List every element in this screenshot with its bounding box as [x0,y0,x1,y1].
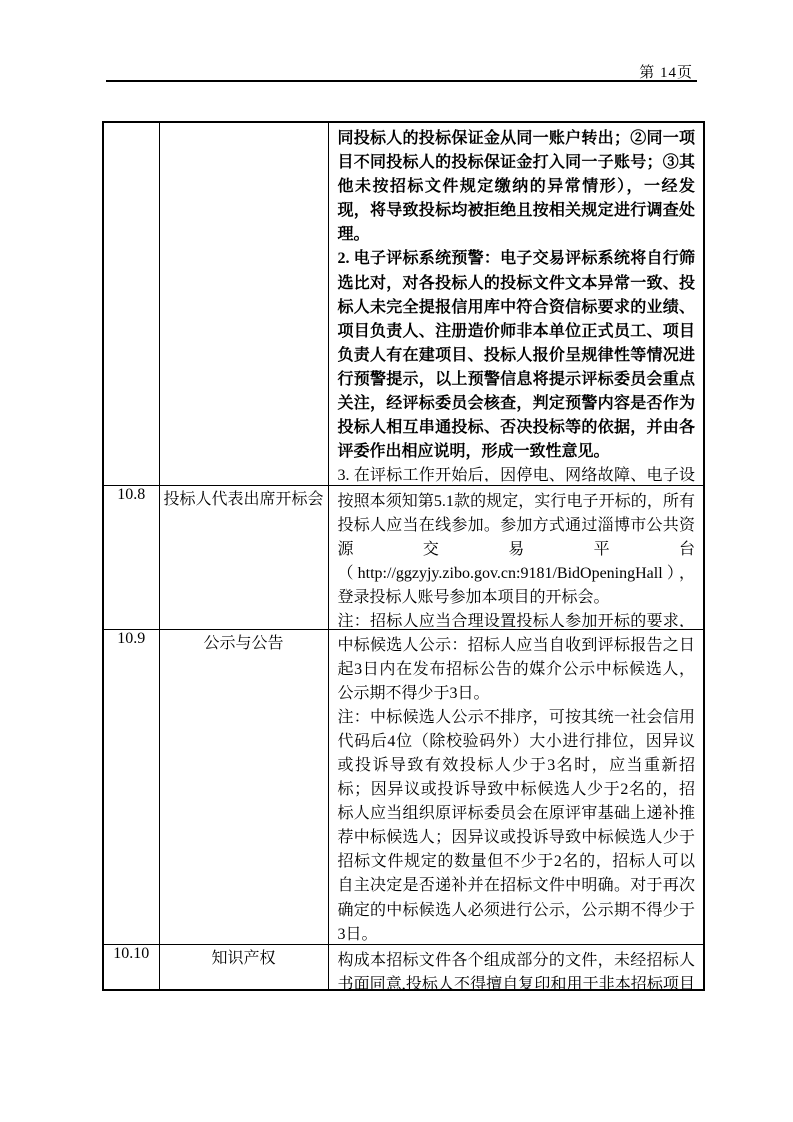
clause-content-cell: 按照本须知第5.1款的规定，实行电子开标的，所有投标人应当在线参加。参加方式通过… [328,485,704,629]
table-row-continuation: 同投标人的投标保证金从同一账户转出；②同一项目不同投标人的投标保证金打入同一子账… [103,122,704,485]
content-paragraph: 中标候选人公示：招标人应当自收到评标报告之日起3日内在发布招标公告的媒介公示中标… [338,634,696,706]
clause-content-cell: 同投标人的投标保证金从同一账户转出；②同一项目不同投标人的投标保证金打入同一子账… [328,122,704,485]
clause-content-cell: 构成本招标文件各个组成部分的文件，未经招标人书面同意,投标人不得擅自复印和用于非… [328,944,704,990]
clause-title-cell: 知识产权 [159,944,328,990]
clause-title-cell: 公示与公告 [159,629,328,944]
content-paragraph: 注：中标候选人公示不排序，可按其统一社会信用代码后4位（除校验码外）大小进行排位… [338,706,696,942]
content-paragraph: 按照本须知第5.1款的规定，实行电子开标的，所有投标人应当在线参加。参加方式通过… [338,490,696,610]
content-paragraph: 3. 在评标工作开始后，因停电、网络故障、电子设备或者电子评标系统故障导致无法继… [338,464,696,482]
header-rule [106,80,697,82]
clause-title-cell: 投标人代表出席开标会 [159,485,328,629]
clauses-table: 同投标人的投标保证金从同一账户转出；②同一项目不同投标人的投标保证金打入同一子账… [102,121,705,991]
clause-number-cell [103,122,159,485]
clause-content-cell: 中标候选人公示：招标人应当自收到评标报告之日起3日内在发布招标公告的媒介公示中标… [328,629,704,944]
table-row-10-10: 10.10 知识产权 构成本招标文件各个组成部分的文件，未经招标人书面同意,投标… [103,944,704,990]
clause-number-cell: 10.10 [103,944,159,990]
content-paragraph: 2. 电子评标系统预警：电子交易评标系统将自行筛选比对，对各投标人的投标文件文本… [338,247,696,464]
page-number: 第 14页 [639,61,693,82]
clause-number-cell: 10.8 [103,485,159,629]
table-row-10-9: 10.9 公示与公告 中标候选人公示：招标人应当自收到评标报告之日起3日内在发布… [103,629,704,944]
clause-title-cell [159,122,328,485]
document-page: 第 14页 同投标人的投标保证金从同一账户转出；②同一项目不同投标人的投标保证金… [0,0,793,1122]
content-paragraph: 构成本招标文件各个组成部分的文件，未经招标人书面同意,投标人不得擅自复印和用于非… [338,949,696,989]
content-paragraph: 同投标人的投标保证金从同一账户转出；②同一项目不同投标人的投标保证金打入同一子账… [338,127,696,247]
content-paragraph: 注：招标人应当合理设置投标人参加开标的要求，表述清楚和全面，不可产生歧义和前后矛… [338,610,696,627]
table-row-10-8: 10.8 投标人代表出席开标会 按照本须知第5.1款的规定，实行电子开标的，所有… [103,485,704,629]
clause-number-cell: 10.9 [103,629,159,944]
